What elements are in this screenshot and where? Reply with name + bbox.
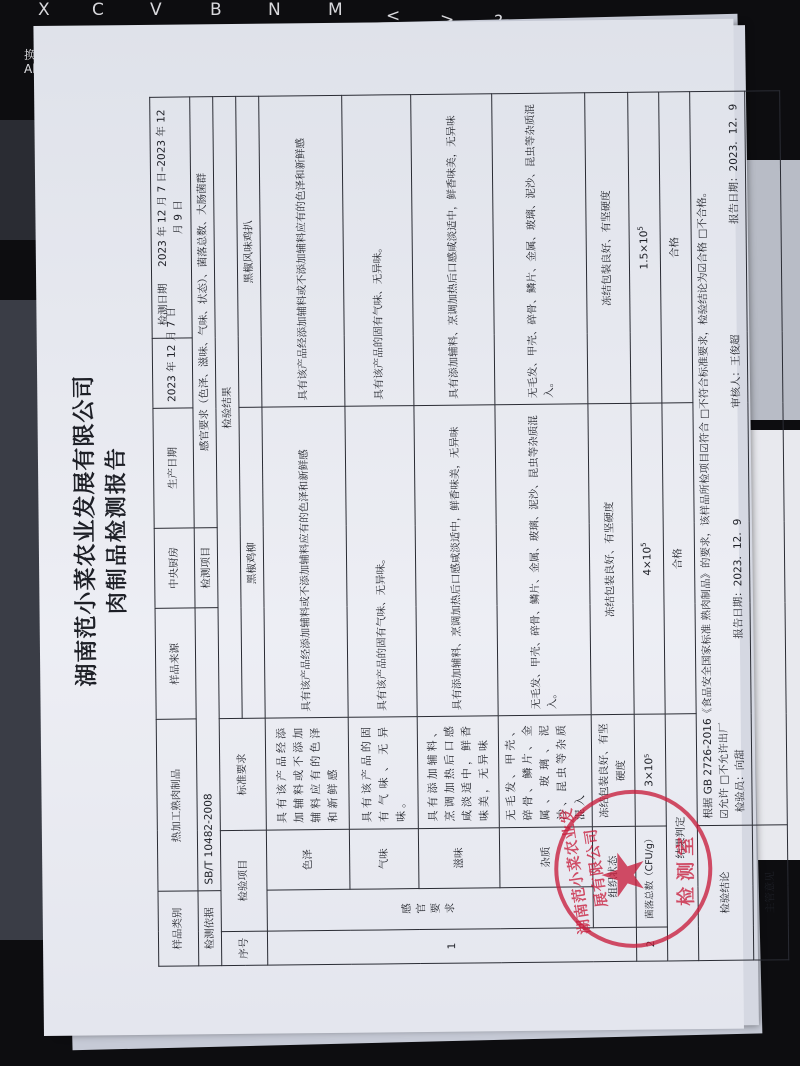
reviewer: 审核人：王俊超 [728, 334, 745, 408]
standard-color: 具有该产品经添加辅料或不添加辅料应有的色泽和新鲜感 [266, 718, 350, 830]
company-seal: 湖南范小菜农业发展有限公司 ★ 检测室 [553, 789, 713, 949]
result-texture-sample-1: 冻结包装良好、有坚硬度 [587, 404, 633, 716]
basis-label: 检测依据 [198, 891, 222, 966]
supervisor-label: 主管意见 [753, 824, 789, 960]
source-value: 中央厨房 [154, 527, 194, 608]
item-header: 检验项目 [220, 830, 268, 932]
items-label: 检测项目 [194, 527, 218, 608]
verdict-sample-1: 合格 [661, 403, 695, 715]
report-page: 湖南范小菜农业发展有限公司 肉制品检测报告 样品类别 热加工熟肉制品 样品来源 … [33, 19, 744, 1036]
item-taste: 滋味 [419, 827, 501, 888]
basis-value: SB/T 10482-2008 [195, 608, 221, 891]
report-title: 湖南范小菜农业发展有限公司 肉制品检测报告 [61, 25, 136, 1036]
result-colony-count-sample-1: 4×105 [630, 403, 664, 715]
test-date-value: 2023 年 12 月 7 日–2023 年 12 月 9 日 [155, 109, 185, 267]
test-date-label: 检测日期 [157, 284, 169, 326]
sensory-group-label: 感官要求 [267, 887, 593, 931]
category-value: 热加工熟肉制品 [156, 719, 197, 891]
colony-count-1-base: 4×10 [642, 547, 654, 576]
sensory-group-text: 感官要求 [401, 900, 459, 917]
colony-count-2-exp: 5 [637, 226, 645, 231]
result-taste-sample-2: 具有添加辅料、烹调加热后口感咸淡适中，鲜香味美，无异味 [411, 94, 495, 406]
colony-count-1-exp: 5 [640, 542, 648, 547]
table-row-color: 1 感官要求 色泽 具有该产品经添加辅料或不添加辅料应有的色泽和新鲜感 具有该产… [259, 95, 351, 965]
seal-text-bottom: 检测室 [671, 813, 699, 923]
verdict-sample-2: 合格 [658, 92, 692, 404]
inspector: 检验员：向甜 [732, 749, 749, 812]
category-label: 样品类别 [158, 891, 198, 966]
sample-2-header: 黑椒风味鸡扒 [236, 96, 263, 408]
supervisor-opinion [745, 91, 788, 825]
result-taste-sample-1: 具有添加辅料、烹调加热后口感咸淡适中，鲜香味美，无异味 [414, 405, 498, 717]
result-color-sample-1: 具有该产品经添加辅料或不添加辅料应有的色泽和新鲜感 [262, 407, 348, 719]
result-colony-count-sample-2: 1.5×105 [627, 92, 661, 404]
production-date-label: 生产日期 [153, 408, 194, 528]
seq-header: 序号 [221, 931, 268, 966]
table-row-odor: 气味 具有该产品的固有气味、无异味。 具有该产品的固有气味、无异味。 具有该产品… [342, 95, 420, 965]
standard-taste: 具有添加辅料、烹调加热后口感咸淡适中，鲜香味美，无异味 [418, 716, 500, 828]
standard-header: 标准要求 [219, 719, 267, 831]
item-odor: 气味 [350, 828, 420, 889]
result-impurity-sample-2: 无毛发、甲壳、碎骨、鳞片、金属、玻璃、泥沙、昆虫等杂质混入。 [492, 93, 587, 405]
seal-star-icon: ★ [594, 849, 653, 902]
result-odor-sample-2: 具有该产品的固有气味、无异味。 [342, 95, 414, 407]
conclusion-cell: 根据 GB 2726-2016《食品安全国家标准 熟肉制品》的要求，该样品所检项… [689, 91, 752, 825]
table-row-taste: 滋味 具有添加辅料、烹调加热后口感咸淡适中，鲜香味美，无异味 具有添加辅料、烹调… [411, 94, 501, 964]
document-rotated: 湖南范小菜农业发展有限公司 肉制品检测报告 样品类别 热加工熟肉制品 样品来源 … [33, 0, 800, 1036]
result-color-sample-2: 具有该产品经添加辅料或不添加辅料应有的色泽和新鲜感 [259, 95, 345, 407]
standard-odor: 具有该产品的固有气味、无异味。 [349, 717, 419, 829]
report-date: 报告日期：2023．12．9 [730, 518, 748, 638]
source-label: 样品来源 [155, 608, 196, 720]
test-date-cell: 检测日期 2023 年 12 月 7 日–2023 年 12 月 9 日 [150, 97, 192, 338]
production-date-value: 2023 年 12 月 7 日 [152, 337, 192, 408]
sample-1-header: 黑椒鸡柳 [239, 407, 266, 718]
colony-count-2-base: 1.5×10 [638, 231, 650, 270]
result-odor-sample-1: 具有该产品的固有气味、无异味。 [345, 406, 417, 718]
result-impurity-sample-1: 无毛发、甲壳、碎骨、鳞片、金属、玻璃、泥沙、昆虫等杂质混入。 [495, 404, 590, 716]
item-color: 色泽 [267, 829, 351, 890]
report-date-2: 报告日期：2023．12．9 [725, 104, 743, 224]
result-texture-sample-2: 冻结包装良好、有坚硬度 [584, 92, 630, 404]
